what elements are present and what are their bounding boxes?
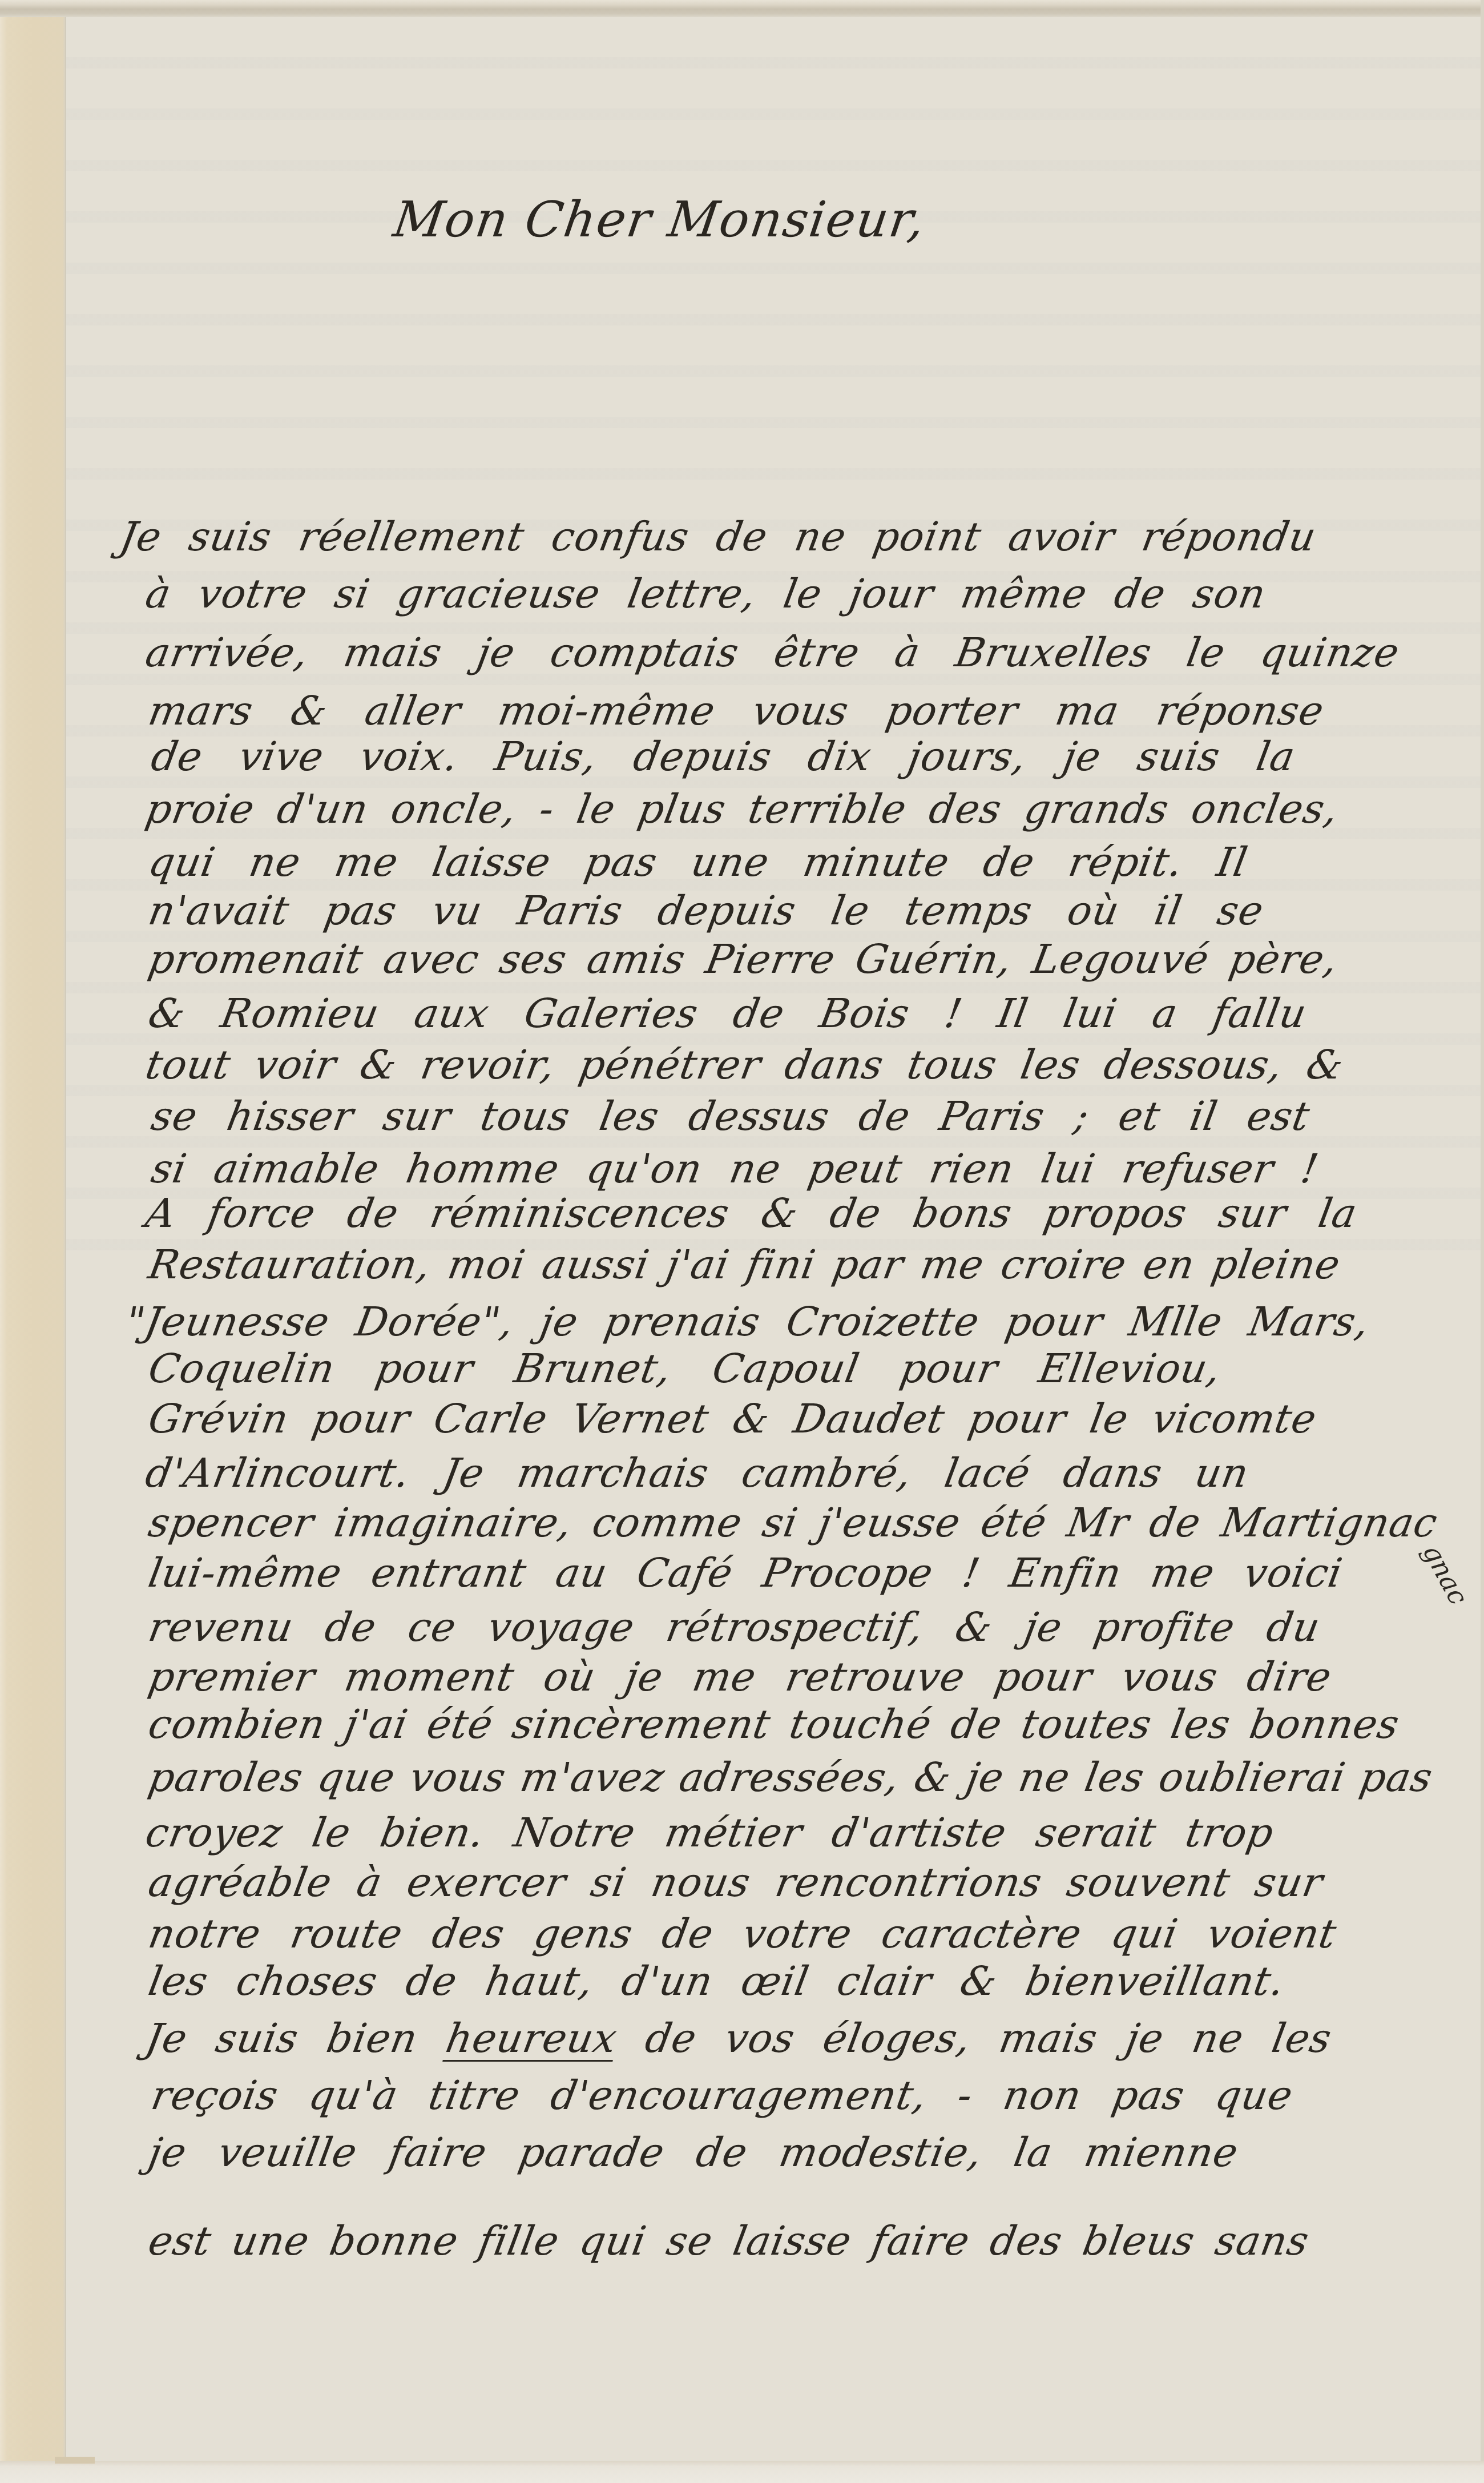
letter-line: les choses de haut, d'un œil clair & bie…	[146, 1961, 1288, 2001]
letter-line: mars & aller moi-même vous porter ma rép…	[146, 691, 1327, 731]
letter-line: Je suis réellement confus de ne point av…	[117, 517, 1319, 557]
margin-continuation: gnac	[1417, 1539, 1474, 1609]
letter-line: spencer imaginaire, comme si j'eusse été…	[146, 1503, 1441, 1543]
letter-line: paroles que vous m'avez adressées, & je …	[146, 1757, 1435, 1797]
letter-line: agréable à exercer si nous rencontrions …	[146, 1862, 1326, 1902]
letter-line: est une bonne fille qui se laisse faire …	[146, 2221, 1312, 2261]
letter-line: "Jeunesse Dorée", je prenais Croizette p…	[123, 1302, 1373, 1342]
letter-line: Restauration, moi aussi j'ai fini par me…	[146, 1245, 1344, 1285]
letter-line: je veuille faire parade de modestie, la …	[146, 2132, 1241, 2172]
letter-line: reçois qu'à titre d'encouragement, - non…	[148, 2075, 1296, 2115]
letter-line: lui-même entrant au Café Procope ! Enfin…	[146, 1553, 1345, 1593]
letter-line: de vive voix. Puis, depuis dix jours, je…	[148, 737, 1298, 776]
letter-line: promenait avec ses amis Pierre Guérin, L…	[146, 939, 1341, 979]
letter-line: premier moment où je me retrouve pour vo…	[146, 1657, 1334, 1697]
page-left-edge	[65, 0, 66, 2483]
letter-line: d'Arlincourt. Je marchais cambré, lacé d…	[143, 1453, 1252, 1493]
letter-line: revenu de ce voyage rétrospectif, & je p…	[146, 1607, 1323, 1647]
letter-line: & Romieu aux Galeries de Bois ! Il lui a…	[146, 993, 1310, 1033]
mount-strip	[0, 0, 66, 2483]
letter-line: arrivée, mais je comptais être à Bruxell…	[143, 633, 1402, 673]
letter-page: Mon Cher Monsieur, Je suis réellement co…	[0, 0, 1484, 2483]
letter-line: notre route des gens de votre caractère …	[146, 1914, 1340, 1954]
letter-line: proie d'un oncle, - le plus terrible des…	[143, 789, 1341, 829]
letter-line: Grévin pour Carle Vernet & Daudet pour l…	[146, 1399, 1320, 1439]
letter-line: A force de réminiscences & de bons propo…	[143, 1193, 1360, 1233]
letter-line: Coquelin pour Brunet, Capoul pour Ellevi…	[146, 1349, 1224, 1389]
top-fold-edge	[0, 0, 1484, 17]
letter-line: croyez le bien. Notre métier d'artiste s…	[143, 1813, 1277, 1853]
letter-line: qui ne me laisse pas une minute de répit…	[146, 842, 1251, 882]
letter-line: à votre si gracieuse lettre, le jour mêm…	[143, 574, 1269, 614]
underlined-word: heureux	[442, 2015, 621, 2062]
page-right-edge	[1481, 0, 1484, 2483]
letter-line: se hisser sur tous les dessus de Paris ;…	[148, 1096, 1313, 1136]
letter-line: n'avait pas vu Paris depuis le temps où …	[146, 891, 1267, 931]
letter-line: combien j'ai été sincèrement touché de t…	[146, 1704, 1402, 1744]
letter-line: si aimable homme qu'on ne peut rien lui …	[148, 1149, 1322, 1189]
mount-tab	[55, 2457, 95, 2464]
page-bottom-edge	[0, 2461, 1484, 2483]
letter-line: tout voir & revoir, pénétrer dans tous l…	[143, 1045, 1347, 1085]
letter-line: Je suis bien heureux de vos éloges, mais…	[143, 2018, 1334, 2058]
salutation: Mon Cher Monsieur,	[390, 191, 929, 248]
